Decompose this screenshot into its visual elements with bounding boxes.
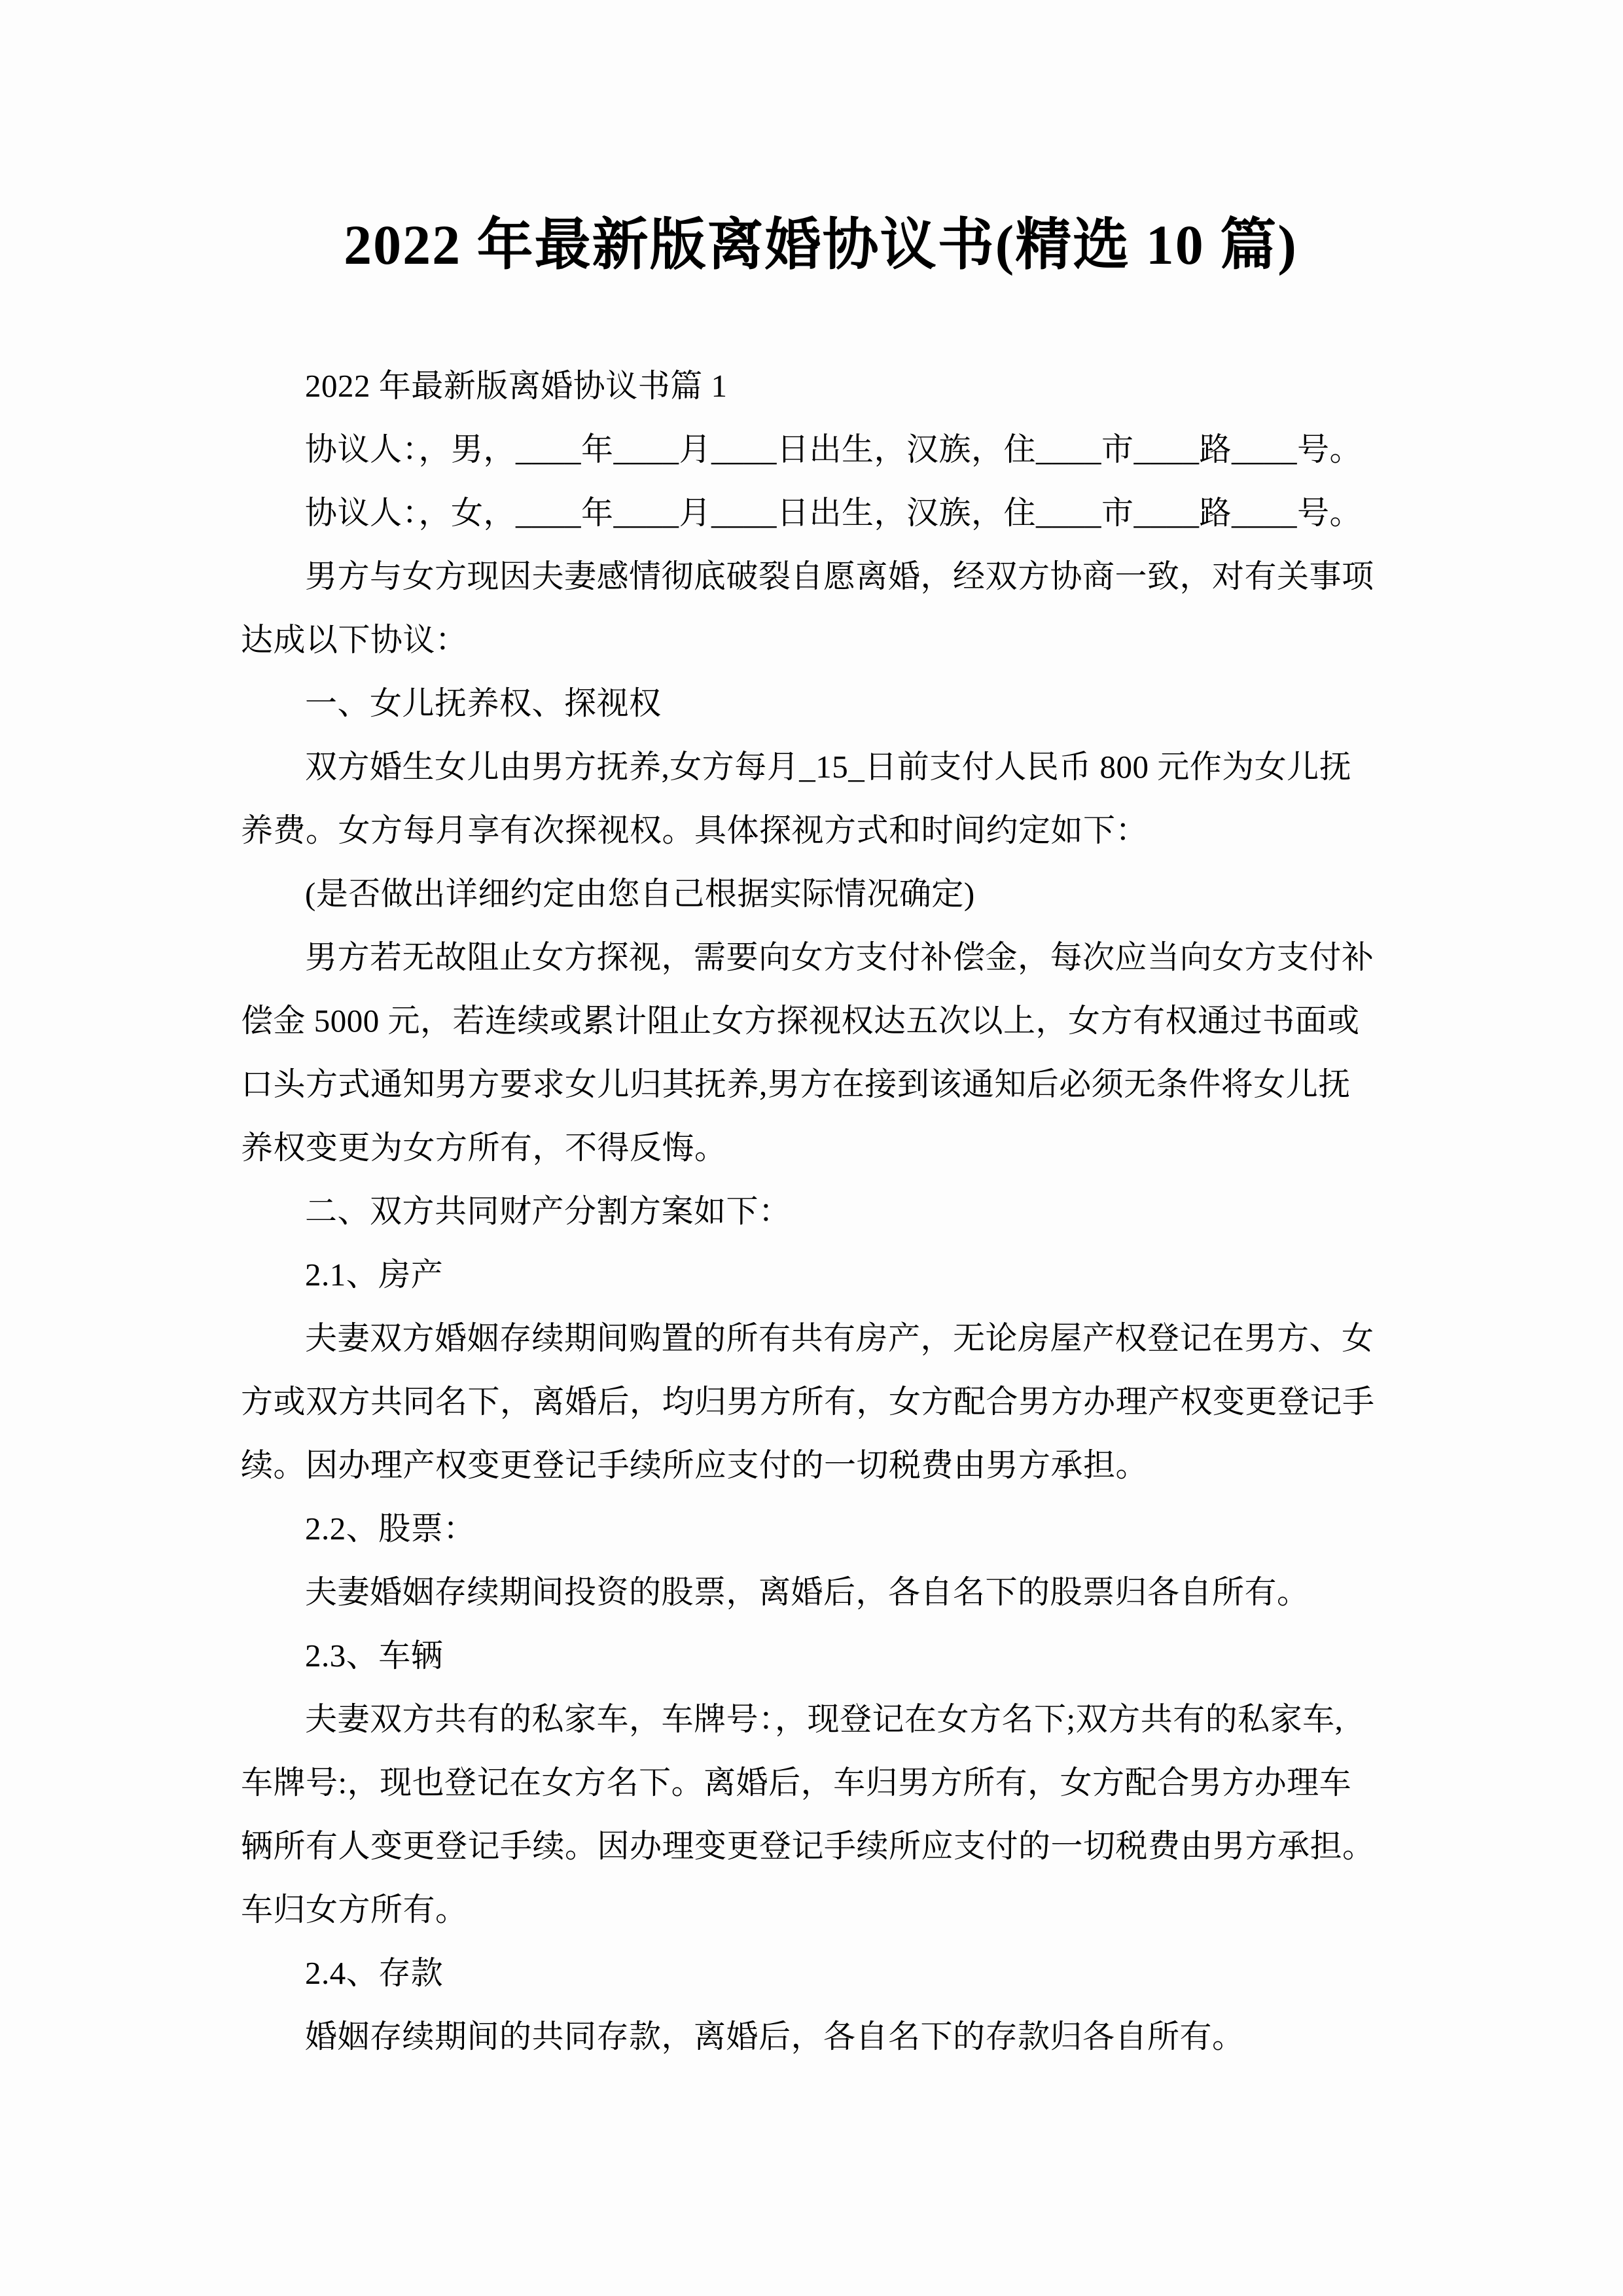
document-line: 2.3、车辆: [241, 1624, 1400, 1687]
document-line: 养费。女方每月享有次探视权。具体探视方式和时间约定如下：: [241, 798, 1400, 862]
document-title: 2022 年最新版离婚协议书(精选 10 篇): [241, 206, 1400, 284]
document-line: 辆所有人变更登记手续。因办理变更登记手续所应支付的一切税费由男方承担。: [241, 1814, 1400, 1878]
document-body: 2022 年最新版离婚协议书篇 1协议人：，男，____年____月____日出…: [241, 354, 1400, 2068]
document-line: (是否做出详细约定由您自己根据实际情况确定): [241, 862, 1400, 925]
document-line: 2.1、房产: [241, 1243, 1400, 1306]
document-line: 2.4、存款: [241, 1941, 1400, 2005]
document-line: 协议人：，男，____年____月____日出生，汉族，住____市____路_…: [241, 418, 1400, 481]
document-line: 一、女儿抚养权、探视权: [241, 672, 1400, 735]
document-line: 夫妻双方共有的私家车，车牌号：，现登记在女方名下;双方共有的私家车,: [241, 1687, 1400, 1751]
document-line: 偿金 5000 元，若连续或累计阻止女方探视权达五次以上，女方有权通过书面或: [241, 989, 1400, 1052]
document-line: 二、双方共同财产分割方案如下：: [241, 1179, 1400, 1243]
document-line: 2022 年最新版离婚协议书篇 1: [241, 354, 1400, 418]
document-line: 婚姻存续期间的共同存款，离婚后，各自名下的存款归各自所有。: [241, 2005, 1400, 2068]
document-line: 车牌号:，现也登记在女方名下。离婚后，车归男方所有，女方配合男方办理车: [241, 1751, 1400, 1814]
document-line: 车归女方所有。: [241, 1878, 1400, 1941]
document-line: 续。因办理产权变更登记手续所应支付的一切税费由男方承担。: [241, 1433, 1400, 1497]
document-line: 养权变更为女方所有，不得反悔。: [241, 1116, 1400, 1179]
document-line: 夫妻双方婚姻存续期间购置的所有共有房产，无论房屋产权登记在男方、女: [241, 1306, 1400, 1370]
document-line: 方或双方共同名下，离婚后，均归男方所有，女方配合男方办理产权变更登记手: [241, 1370, 1400, 1433]
document-line: 男方与女方现因夫妻感情彻底破裂自愿离婚，经双方协商一致，对有关事项: [241, 545, 1400, 608]
document-line: 夫妻婚姻存续期间投资的股票，离婚后，各自名下的股票归各自所有。: [241, 1560, 1400, 1624]
document-line: 协议人：，女，____年____月____日出生，汉族，住____市____路_…: [241, 481, 1400, 545]
document-line: 2.2、股票：: [241, 1497, 1400, 1560]
document-line: 双方婚生女儿由男方抚养,女方每月_15_日前支付人民币 800 元作为女儿抚: [241, 735, 1400, 798]
document-line: 男方若无故阻止女方探视，需要向女方支付补偿金，每次应当向女方支付补: [241, 925, 1400, 989]
document-line: 口头方式通知男方要求女儿归其抚养,男方在接到该通知后必须无条件将女儿抚: [241, 1052, 1400, 1116]
document-page: 2022 年最新版离婚协议书(精选 10 篇) 2022 年最新版离婚协议书篇 …: [0, 0, 1623, 2296]
document-line: 达成以下协议：: [241, 608, 1400, 672]
